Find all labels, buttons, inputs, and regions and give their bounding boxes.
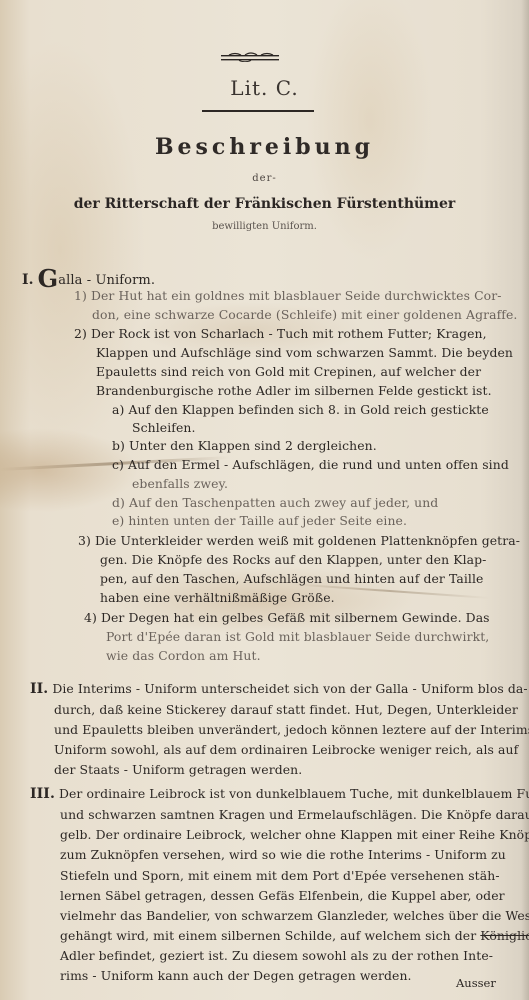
text-line: Uniform sowohl, als auf dem ordinairen L…	[54, 742, 518, 757]
title-rule	[202, 110, 314, 112]
text-line: gelb. Der ordinaire Leibrock, welcher oh…	[60, 827, 529, 842]
section-three-first-line: III. Der ordinaire Leibrock ist von dunk…	[30, 786, 529, 802]
subtitle-sub: bewilligten Uniform.	[0, 221, 529, 232]
text-line: und Epauletts bleiben unverändert, jedoc…	[54, 722, 529, 737]
document-title: Beschreibung	[0, 134, 529, 160]
document-page: Lit. C. Beschreibung der- der Ritterscha…	[0, 0, 529, 1000]
drop-initial: G	[38, 264, 59, 293]
text-line: Epauletts sind reich von Gold mit Crepin…	[96, 364, 481, 379]
text-line: zum Zuknöpfen versehen, wird so wie die …	[60, 847, 506, 862]
text-line: b) Unter den Klappen sind 2 dergleichen.	[112, 438, 377, 453]
subtitle-der: der-	[0, 173, 529, 184]
section-numeral: I.	[22, 272, 34, 288]
struck-word: Königliche	[480, 928, 529, 943]
text-line: und schwarzen samtnen Kragen und Ermelau…	[60, 807, 529, 822]
section-numeral: III.	[30, 786, 55, 802]
text-line: lernen Säbel getragen, dessen Gefäs Elfe…	[60, 888, 505, 903]
text-line: haben eine verhältnißmäßige Größe.	[100, 590, 335, 605]
text-line: d) Auf den Taschenpatten auch zwey auf j…	[112, 495, 438, 510]
section-two-first-line: II. Die Interims - Uniform unterscheidet…	[30, 681, 528, 697]
section-numeral: II.	[30, 681, 48, 697]
text-line: Die Interims - Uniform unterscheidet sic…	[52, 681, 527, 696]
text-line: e) hinten unten der Taille auf jeder Sei…	[112, 513, 407, 528]
text-line: Der ordinaire Leibrock ist von dunkelbla…	[59, 786, 529, 801]
text-line: gen. Die Knöpfe des Rocks auf den Klappe…	[100, 552, 486, 567]
text-line: Port d'Epée daran ist Gold mit blasblaue…	[106, 629, 489, 644]
text-line: Stiefeln und Sporn, mit einem mit dem Po…	[60, 868, 500, 883]
text-line-with-strike: gehängt wird, mit einem silbernen Schild…	[60, 928, 529, 943]
text-line: pen, auf den Taschen, Aufschlägen und hi…	[100, 571, 484, 586]
text-line: don, eine schwarze Cocarde (Schleife) mi…	[92, 307, 517, 322]
text-line: ebenfalls zwey.	[132, 476, 228, 491]
text-line: wie das Cordon am Hut.	[106, 648, 261, 663]
text-line: Schleifen.	[132, 420, 196, 435]
text-line: Klappen und Aufschläge sind vom schwarze…	[96, 345, 513, 360]
text-line: rims - Uniform kann auch der Degen getra…	[60, 968, 412, 983]
text-line: Brandenburgische rothe Adler im silberne…	[96, 383, 492, 398]
text-line: 2) Der Rock ist von Scharlach - Tuch mit…	[74, 326, 487, 341]
subtitle-main: der Ritterschaft der Fränkischen Fürsten…	[0, 196, 529, 212]
catchword: Ausser	[456, 976, 496, 990]
text-line: 1) Der Hut hat ein goldnes mit blasblaue…	[74, 288, 502, 303]
text-line: gehängt wird, mit einem silbernen Schild…	[60, 928, 476, 943]
text-line: 4) Der Degen hat ein gelbes Gefäß mit si…	[84, 610, 490, 625]
ornament-icon	[221, 52, 279, 62]
text-line: der Staats - Uniform getragen werden.	[54, 762, 302, 777]
text-line: a) Auf den Klappen befinden sich 8. in G…	[112, 402, 489, 417]
text-line: 3) Die Unterkleider werden weiß mit gold…	[78, 533, 520, 548]
text-line: Adler befindet, geziert ist. Zu diesem s…	[60, 948, 493, 963]
text-line: vielmehr das Bandelier, von schwarzem Gl…	[60, 908, 529, 923]
section-heading-text: alla - Uniform.	[58, 273, 155, 288]
text-line: durch, daß keine Stickerey darauf statt …	[54, 702, 518, 717]
text-line: c) Auf den Ermel - Aufschlägen, die rund…	[112, 457, 509, 472]
lit-label: Lit. C.	[0, 76, 529, 100]
